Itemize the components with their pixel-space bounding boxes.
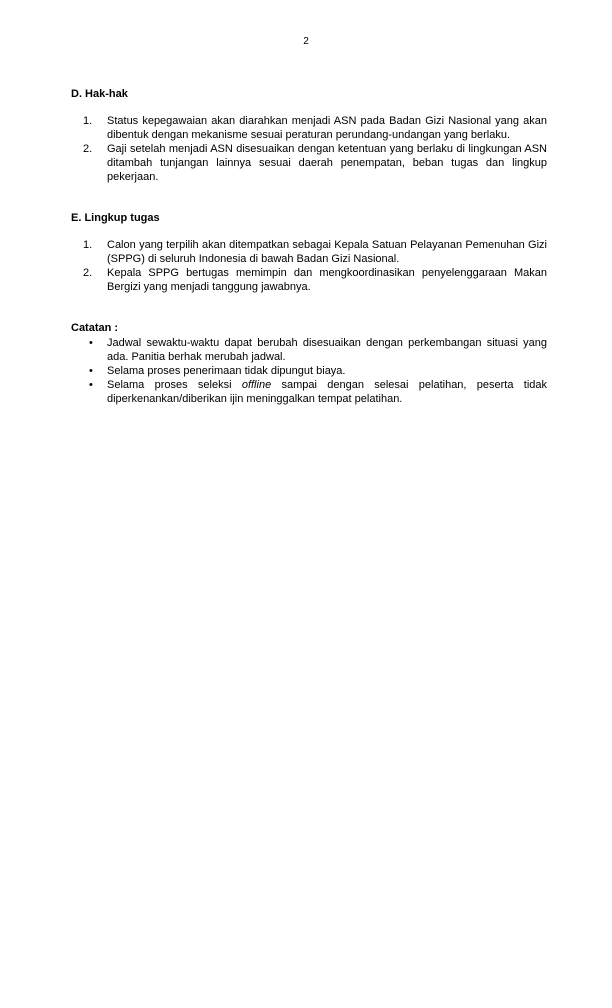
- list-item-text: Calon yang terpilih akan ditempatkan seb…: [107, 239, 547, 265]
- list-item: • Jadwal sewaktu-waktu dapat berubah dis…: [89, 336, 547, 364]
- list-item: 2. Gaji setelah menjadi ASN disesuaikan …: [83, 142, 547, 184]
- notes-heading: Catatan :: [71, 322, 118, 335]
- list-marker: 1.: [83, 114, 92, 128]
- list-item-text: Selama proses seleksi offline sampai den…: [107, 379, 547, 405]
- list-item-text: Gaji setelah menjadi ASN disesuaikan den…: [107, 143, 547, 183]
- notes-list: • Jadwal sewaktu-waktu dapat berubah dis…: [89, 336, 547, 406]
- list-item: 1. Calon yang terpilih akan ditempatkan …: [83, 238, 547, 266]
- lingkup-tugas-list: 1. Calon yang terpilih akan ditempatkan …: [83, 238, 547, 294]
- emphasized-text: offline: [242, 379, 271, 391]
- bullet-icon: •: [89, 364, 93, 378]
- hak-hak-list: 1. Status kepegawaian akan diarahkan men…: [83, 114, 547, 184]
- list-marker: 1.: [83, 238, 92, 252]
- section-heading-hak-hak: D. Hak-hak: [71, 88, 128, 101]
- list-item-text: Status kepegawaian akan diarahkan menjad…: [107, 115, 547, 141]
- list-item: • Selama proses penerimaan tidak dipungu…: [89, 364, 547, 378]
- list-item: • Selama proses seleksi offline sampai d…: [89, 378, 547, 406]
- list-item-text: Selama proses penerimaan tidak dipungut …: [107, 365, 345, 377]
- list-item: 2. Kepala SPPG bertugas memimpin dan men…: [83, 266, 547, 294]
- text-segment: Selama proses seleksi: [107, 379, 242, 391]
- list-marker: 2.: [83, 142, 92, 156]
- list-item-text: Jadwal sewaktu-waktu dapat berubah dises…: [107, 337, 547, 363]
- list-marker: 2.: [83, 266, 92, 280]
- section-heading-lingkup-tugas: E. Lingkup tugas: [71, 212, 160, 225]
- bullet-icon: •: [89, 378, 93, 392]
- list-item-text: Kepala SPPG bertugas memimpin dan mengko…: [107, 267, 547, 293]
- bullet-icon: •: [89, 336, 93, 350]
- page-number: 2: [0, 36, 612, 48]
- list-item: 1. Status kepegawaian akan diarahkan men…: [83, 114, 547, 142]
